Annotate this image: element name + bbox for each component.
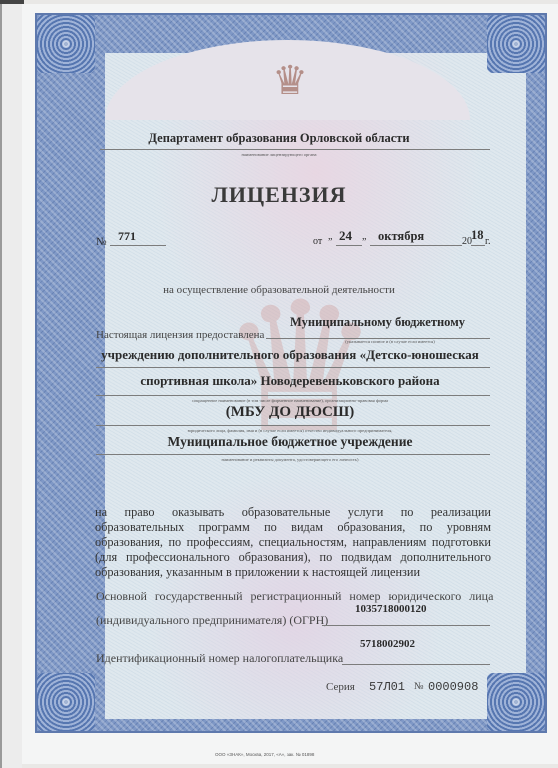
granted-label: Настоящая лицензия предоставлена	[96, 329, 264, 341]
inn-label: Идентификационный номер налогоплательщик…	[96, 651, 343, 666]
date-from-label: от	[313, 236, 322, 247]
corner-ornament-bottom-left	[37, 673, 95, 731]
holder-short-name: (МБУ ДО ДЮСШ)	[0, 404, 558, 421]
holder-legal-form: Муниципальное бюджетное учреждение	[0, 434, 558, 450]
holder-line-1: Муниципальному бюджетному	[290, 315, 465, 330]
number-label: №	[96, 236, 107, 248]
document-title: ЛИЦЕНЗИЯ	[0, 182, 558, 208]
holder-caption-4: наименование и реквизиты документа, удос…	[0, 457, 558, 462]
inn-underline	[342, 664, 490, 665]
ogrn-underline	[322, 625, 490, 626]
number-underline	[110, 245, 166, 246]
date-month: октября	[378, 229, 424, 244]
holder-line-3: спортивная школа» Новодеревеньковского р…	[0, 373, 558, 389]
series-label: Серия	[326, 681, 355, 693]
printer-note: ООО «ЗНАК», Москва, 2017, «А», зак. № 01…	[215, 752, 314, 757]
date-day: 24	[339, 228, 352, 244]
holder-caption-3: юридического лица, фамилия, имя и (в слу…	[0, 428, 558, 433]
series-value: 57Л01	[369, 680, 405, 694]
license-purpose: на осуществление образовательной деятель…	[0, 284, 558, 296]
holder-caption-2: сокращенное наименование (в том числе фи…	[0, 398, 558, 403]
holder-line-2: учреждению дополнительного образования «…	[0, 347, 558, 363]
issuer-underline	[100, 149, 490, 150]
date-year: 18	[471, 228, 484, 243]
serial-number: 0000908	[428, 680, 478, 694]
year-underline	[471, 245, 485, 246]
ogrn-label-line-2: (индивидуального предпринимателя) (ОГРН)	[96, 613, 328, 628]
day-underline	[336, 245, 362, 246]
corner-ornament-bottom-right	[487, 673, 545, 731]
license-number: 771	[118, 229, 136, 244]
holder-underline-5	[96, 454, 490, 455]
holder-caption-1: (указывается полное и (в случае если име…	[290, 339, 490, 344]
date-year-suffix: г.	[485, 236, 490, 247]
issuer-name: Департамент образования Орловской област…	[0, 131, 558, 146]
inn-value: 5718002902	[360, 638, 415, 650]
serial-number-label: №	[414, 681, 424, 692]
ogrn-value: 1035718000120	[355, 603, 427, 615]
coat-of-arms-icon: ♛	[272, 58, 308, 104]
issuer-caption: наименование лицензирующего органа	[0, 152, 558, 157]
quote-close: „	[362, 231, 366, 242]
corner-ornament-top-right	[487, 15, 545, 73]
corner-ornament-top-left	[37, 15, 95, 73]
quote-open: „	[328, 231, 332, 242]
holder-underline-4	[96, 425, 490, 426]
holder-underline-2	[96, 367, 490, 368]
scan-edge-top	[0, 0, 24, 4]
month-underline	[370, 245, 462, 246]
rights-text: на право оказывать образовательные услуг…	[95, 505, 491, 580]
holder-underline-3	[96, 395, 490, 396]
ogrn-label-line-1: Основной государственный регистрационный…	[96, 589, 493, 604]
